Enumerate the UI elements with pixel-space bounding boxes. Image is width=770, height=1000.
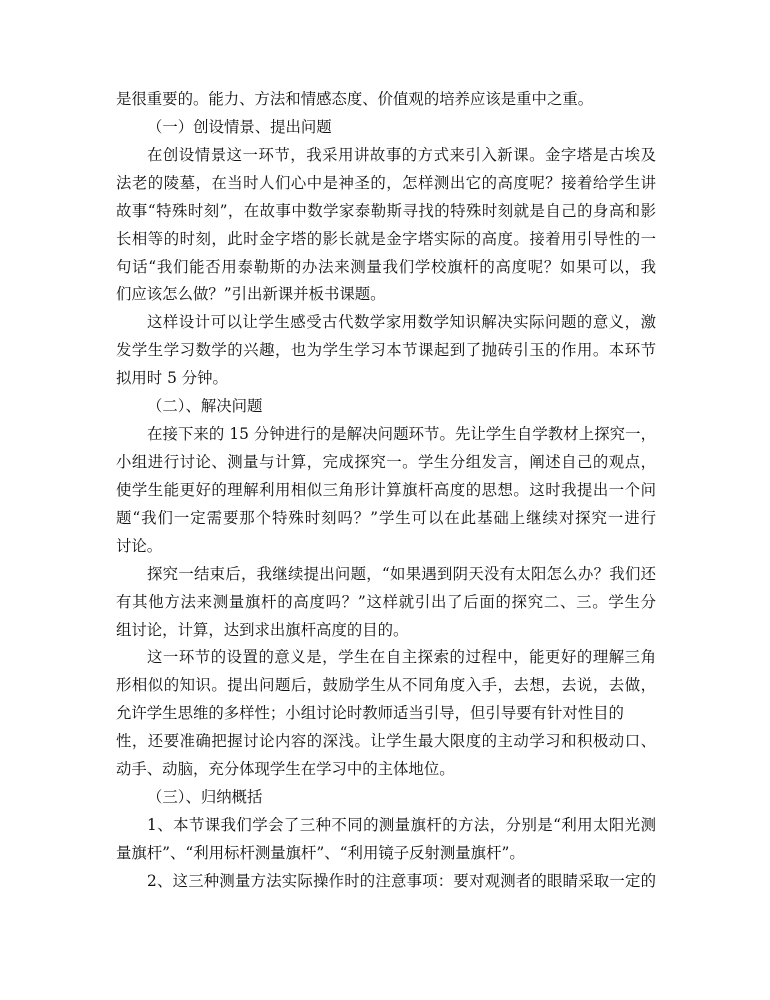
paragraph-first-line: 这样设计可以让学生感受古代数学家用数学知识解决实际问题的意义，激 xyxy=(116,309,656,337)
section-heading: （三）、归纳概括 xyxy=(116,784,656,812)
paragraph-first-line: 探究一结束后，我继续提出问题，“如果遇到阴天没有太阳怎么办？我们还 xyxy=(116,561,656,589)
text-line: 讨论。 xyxy=(116,533,656,561)
text-line: 量旗杆”、“利用标杆测量旗杆”、“利用镜子反射测量旗杆”。 xyxy=(116,840,656,868)
text-line: 发学生学习数学的兴趣，也为学生学习本节课起到了抛砖引玉的作用。本环节 xyxy=(116,337,656,365)
paragraph-first-line: 2、这三种测量方法实际操作时的注意事项：要对观测者的眼睛采取一定的 xyxy=(116,868,656,896)
text-line: 允许学生思维的多样性；小组讨论时教师适当引导，但引导要有针对性目的 xyxy=(116,700,656,728)
text-line: 形相似的知识。提出问题后，鼓励学生从不同角度入手，去想，去说，去做， xyxy=(116,672,656,700)
text-line: 有其他方法来测量旗杆的高度吗？”这样就引出了后面的探究二、三。学生分 xyxy=(116,589,656,617)
section-heading: （一）创设情景、提出问题 xyxy=(116,114,656,142)
text-line: 们应该怎么做？”引出新课并板书课题。 xyxy=(116,281,656,309)
text-line: 题“我们一定需要那个特殊时刻吗？”学生可以在此基础上继续对探究一进行 xyxy=(116,505,656,533)
text-line: 使学生能更好的理解利用相似三角形计算旗杆高度的思想。这时我提出一个问 xyxy=(116,477,656,505)
paragraph-first-line: 这一环节的设置的意义是，学生在自主探索的过程中，能更好的理解三角 xyxy=(116,644,656,672)
text-line: 是很重要的。能力、方法和情感态度、价值观的培养应该是重中之重。 xyxy=(116,86,656,114)
text-line: 组讨论，计算，达到求出旗杆高度的目的。 xyxy=(116,617,656,645)
text-line: 动手、动脑，充分体现学生在学习中的主体地位。 xyxy=(116,756,656,784)
text-line: 性，还要准确把握讨论内容的深浅。让学生最大限度的主动学习和积极动口、 xyxy=(116,728,656,756)
paragraph-first-line: 在接下来的 15 分钟进行的是解决问题环节。先让学生自学教材上探究一， xyxy=(116,421,656,449)
paragraph-first-line: 1、本节课我们学会了三种不同的测量旗杆的方法，分别是“利用太阳光测 xyxy=(116,812,656,840)
paragraph-first-line: 在创设情景这一环节，我采用讲故事的方式来引入新课。金字塔是古埃及 xyxy=(116,142,656,170)
document-page: 是很重要的。能力、方法和情感态度、价值观的培养应该是重中之重。（一）创设情景、提… xyxy=(0,0,770,1000)
text-line: 故事“特殊时刻”，在故事中数学家泰勒斯寻找的特殊时刻就是自己的身高和影 xyxy=(116,198,656,226)
text-line: 句话“我们能否用泰勒斯的办法来测量我们学校旗杆的高度呢？如果可以，我 xyxy=(116,254,656,282)
text-line: 小组进行讨论、测量与计算，完成探究一。学生分组发言，阐述自己的观点， xyxy=(116,449,656,477)
section-heading: （二）、解决问题 xyxy=(116,393,656,421)
document-body: 是很重要的。能力、方法和情感态度、价值观的培养应该是重中之重。（一）创设情景、提… xyxy=(116,86,656,896)
text-line: 拟用时 5 分钟。 xyxy=(116,365,656,393)
text-line: 法老的陵墓，在当时人们心中是神圣的，怎样测出它的高度呢？接着给学生讲 xyxy=(116,170,656,198)
text-line: 长相等的时刻，此时金字塔的影长就是金字塔实际的高度。接着用引导性的一 xyxy=(116,226,656,254)
